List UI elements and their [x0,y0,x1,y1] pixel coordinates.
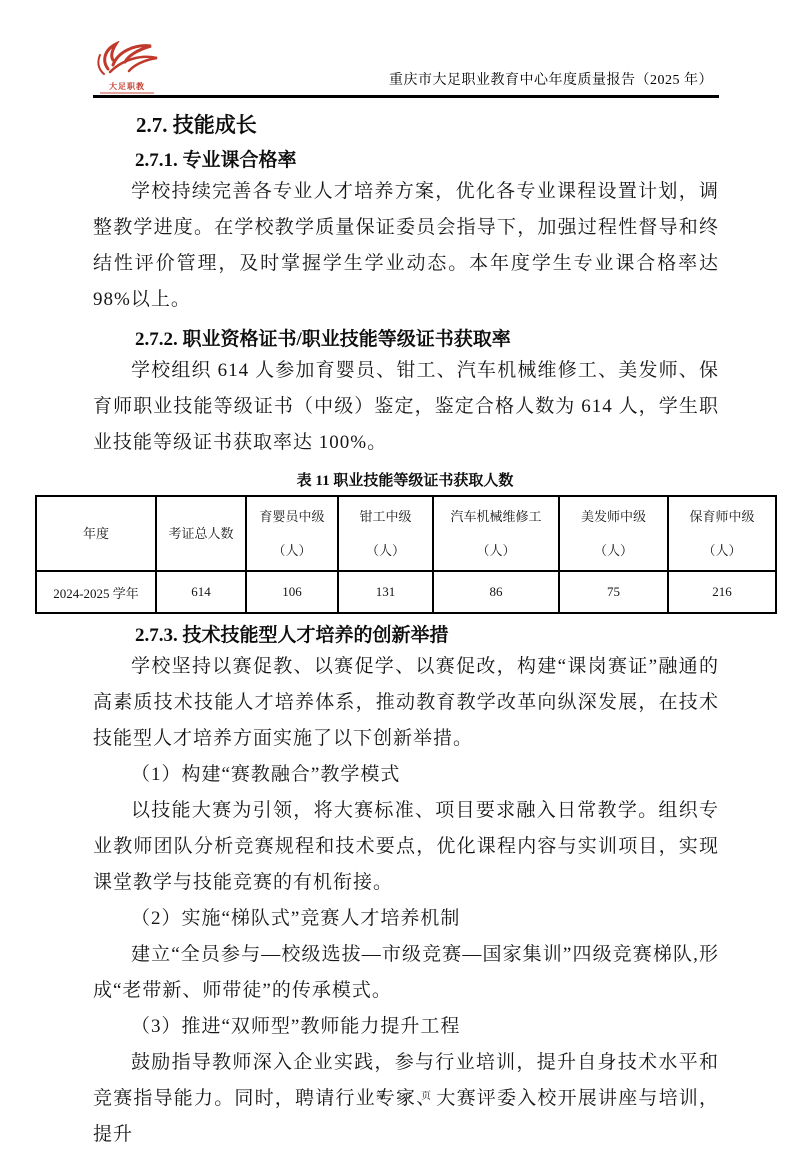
item-3-title: （3）推进“双师型”教师能力提升工程 [93,1009,719,1045]
table-header-row: 年度 考证总人数 育婴员中级 （人） 钳工中级 （人） 汽车机械维修工 （人） [36,496,776,571]
heading-2-7-2: 2.7.2. 职业资格证书/职业技能等级证书获取率 [135,327,719,353]
item-2-body: 建立“全员参与—校级选拔—市级竞赛—国家集训”四级竞赛梯队,形成“老带新、师带徒… [93,937,719,1009]
certificate-table: 年度 考证总人数 育婴员中级 （人） 钳工中级 （人） 汽车机械维修工 （人） [35,495,777,614]
cell-total: 614 [156,571,246,613]
paragraph-2-7-1: 学校持续完善各专业人才培养方案，优化各专业课程设置计划，调整教学进度。在学校教学… [93,174,719,318]
table-11-caption: 表 11 职业技能等级证书获取人数 [35,471,775,491]
cell-childcare: 216 [668,571,776,613]
cell-fitter: 131 [338,571,433,613]
col-header-nursery-worker: 育婴员中级 （人） [246,496,338,571]
document-body: 2.7. 技能成长 2.7.1. 专业课合格率 学校持续完善各专业人才培养方案，… [93,97,719,1153]
item-1-body: 以技能大赛为引领，将大赛标准、项目要求融入日常教学。组织专业教师团队分析竞赛规程… [93,793,719,901]
item-2-title: （2）实施“梯队式”竞赛人才培养机制 [93,901,719,937]
col-header-childcare: 保育师中级 （人） [668,496,776,571]
table-row: 2024-2025 学年 614 106 131 86 75 216 [36,571,776,613]
cell-year: 2024-2025 学年 [36,571,156,613]
page-header: 大足职教 重庆市大足职业教育中心年度质量报告（2025 年） [93,44,719,98]
school-logo: 大足职教 [93,41,161,95]
cell-auto-mechanic: 86 [433,571,559,613]
cell-nursery-worker: 106 [246,571,338,613]
heading-2-7-1: 2.7.1. 专业课合格率 [135,148,719,174]
col-header-hairdresser: 美发师中级 （人） [559,496,668,571]
col-header-total: 考证总人数 [156,496,246,571]
heading-2-7-3: 2.7.3. 技术技能型人才培养的创新举措 [135,623,719,649]
phoenix-logo-icon [93,41,161,82]
logo-tagline-mark [100,92,154,94]
item-1-title: （1）构建“赛教融合”教学模式 [93,757,719,793]
cell-hairdresser: 75 [559,571,668,613]
heading-2-7: 2.7. 技能成长 [136,111,719,139]
col-header-auto-mechanic: 汽车机械维修工 （人） [433,496,559,571]
paragraph-2-7-3: 学校坚持以赛促教、以赛促学、以赛促改，构建“课岗赛证”融通的高素质技术技能人才培… [93,649,719,757]
page-number: 第 26 页 [0,1087,811,1102]
col-header-year: 年度 [36,496,156,571]
paragraph-2-7-2: 学校组织 614 人参加育婴员、钳工、汽车机械维修工、美发师、保育师职业技能等级… [93,353,719,461]
col-header-fitter: 钳工中级 （人） [338,496,433,571]
document-header-title: 重庆市大足职业教育中心年度质量报告（2025 年） [389,69,719,95]
logo-name: 大足职教 [109,82,145,91]
